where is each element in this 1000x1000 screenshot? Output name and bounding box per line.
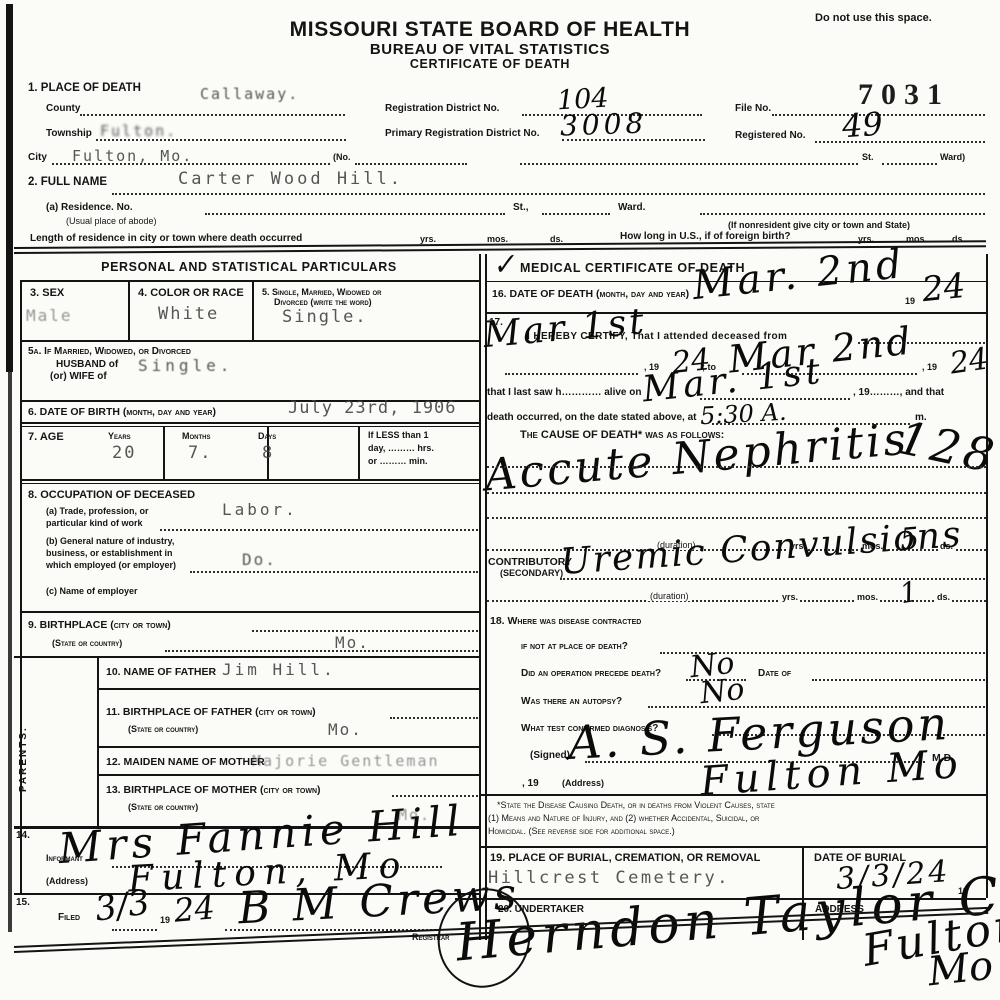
residence-label: (a) Residence. No. bbox=[46, 202, 133, 213]
ward-line bbox=[882, 163, 937, 165]
marital-label-line1: 5. Single, Married, Widowed or bbox=[262, 287, 382, 297]
personal-title-rule bbox=[20, 280, 479, 282]
scan-edge-bar-lower bbox=[8, 372, 12, 932]
date-of-death-label: 16. DATE OF DEATH (month, day and year) bbox=[492, 288, 689, 300]
dob-label: 6. DATE OF BIRTH (month, day and year) bbox=[28, 406, 216, 418]
dateof-line bbox=[812, 679, 985, 681]
operation-label: Did an operation precede death? bbox=[521, 668, 661, 679]
dateof-label: Date of bbox=[758, 668, 791, 679]
full-name-line bbox=[112, 193, 985, 195]
filed-date-value: 3/3 bbox=[92, 882, 152, 929]
age-months-value: 7. bbox=[188, 443, 212, 463]
row7-rule-b bbox=[20, 483, 479, 484]
item14-number: 14. bbox=[16, 830, 30, 841]
township-value: Fulton. bbox=[100, 122, 177, 140]
mother-name-value: Majorie Gentleman bbox=[252, 752, 440, 770]
filed-19: 19 bbox=[160, 915, 170, 925]
row9-rule bbox=[14, 656, 479, 658]
age-less-line3: or ……… min. bbox=[368, 456, 428, 466]
howlong-ds: ds. bbox=[952, 234, 965, 244]
certificate-title: CERTIFICATE OF DEATH bbox=[270, 57, 710, 71]
nonresident-line bbox=[700, 213, 985, 215]
lastsaw-tail: , 19………, and that bbox=[853, 387, 944, 398]
row7-rule-a bbox=[20, 479, 479, 481]
registered-no-label: Registered No. bbox=[735, 130, 806, 141]
age-less-line1: If LESS than 1 bbox=[368, 430, 429, 440]
file-no-label: File No. bbox=[735, 103, 771, 114]
certify-from-line bbox=[505, 373, 638, 375]
secondary-label: (SECONDARY) bbox=[500, 568, 563, 578]
column-divider-1 bbox=[479, 254, 481, 940]
township-line bbox=[96, 139, 346, 141]
row6-rule-a bbox=[20, 422, 479, 424]
signed-19: , 19 bbox=[522, 778, 539, 789]
contributory-value: Uremic Convulsions bbox=[559, 514, 964, 583]
burial-top-rule bbox=[481, 846, 986, 848]
primary-district-line bbox=[562, 139, 705, 141]
residence-ward-label: Ward. bbox=[618, 202, 645, 213]
item15-number: 15. bbox=[16, 897, 30, 908]
contributory-duration-mos: mos. bbox=[855, 592, 880, 602]
no-line bbox=[355, 163, 467, 165]
filed-year-value: 24 bbox=[172, 888, 216, 929]
nonresident-note: (If nonresident give city or town and St… bbox=[728, 220, 910, 230]
physician-address-label: (Address) bbox=[562, 778, 604, 788]
birthplace-line bbox=[252, 630, 478, 632]
father-name-value: Jim Hill. bbox=[222, 660, 336, 679]
marital-label-line2: Divorced (write the word) bbox=[274, 297, 372, 307]
length-residence-label: Length of residence in city or town wher… bbox=[30, 233, 302, 244]
parents-side-label: PARENTS. bbox=[18, 726, 29, 792]
city-label: City bbox=[28, 152, 47, 163]
occupation-label: 8. OCCUPATION OF DECEASED bbox=[28, 489, 195, 501]
no-paren-label: (No. bbox=[333, 152, 351, 162]
footnote-line1: *State the Disease Causing Death, or in … bbox=[497, 800, 775, 810]
contributory-duration-label: (duration) bbox=[648, 591, 691, 601]
howlong-label: How long in U.S., if of foreign birth? bbox=[620, 231, 791, 242]
date-of-death-value: Mar. 2nd bbox=[690, 241, 907, 309]
date-of-death-19: 19 bbox=[905, 296, 915, 306]
county-value: Callaway. bbox=[200, 85, 299, 103]
column-divider-2 bbox=[485, 254, 487, 940]
undertaker-address-value-2: Mo bbox=[926, 943, 995, 996]
registered-no-line bbox=[815, 141, 985, 143]
street-line bbox=[520, 163, 858, 165]
primary-district-value: 3008 bbox=[559, 106, 647, 142]
attended-check-mark: ✓ bbox=[490, 247, 518, 283]
father-birthplace-state-label: (State or country) bbox=[128, 724, 198, 734]
date-of-death-year: 24 bbox=[920, 266, 967, 310]
do-not-use-note: Do not use this space. bbox=[815, 12, 932, 24]
death-certificate-scan: MISSOURI STATE BOARD OF HEALTH BUREAU OF… bbox=[0, 0, 1000, 1000]
occupation-b-value: Do. bbox=[242, 550, 277, 569]
occupation-b-line3: which employed (or employer) bbox=[46, 560, 176, 570]
occupation-a-value: Labor. bbox=[222, 500, 298, 519]
contributory-duration-ds: ds. bbox=[935, 592, 952, 602]
sex-label: 3. SEX bbox=[30, 287, 64, 299]
occupation-a-line bbox=[160, 529, 478, 531]
contributory-duration-days-value: 1 bbox=[897, 575, 920, 611]
row12-rule bbox=[97, 774, 479, 776]
race-label: 4. COLOR OR RACE bbox=[138, 287, 244, 299]
primary-district-label: Primary Registration District No. bbox=[385, 128, 539, 139]
age-less-line2: day, ……… hrs. bbox=[368, 443, 434, 453]
row11-rule bbox=[97, 746, 479, 748]
burial-label: 19. PLACE OF BURIAL, CREMATION, OR REMOV… bbox=[490, 852, 760, 864]
burial-place-value: Hillcrest Cemetery. bbox=[488, 868, 730, 888]
occupation-b-line bbox=[190, 571, 478, 573]
footnote-line3: Homicidal. (See reverse side for additio… bbox=[488, 826, 675, 836]
abode-note: (Usual place of abode) bbox=[66, 216, 157, 226]
dob-value: July 23rd, 1906 bbox=[288, 398, 457, 418]
place-of-death-label: 1. PLACE OF DEATH bbox=[28, 82, 141, 94]
city-line bbox=[52, 163, 330, 165]
footnote-line2: (1) Means and Nature of Injury, and (2) … bbox=[488, 813, 759, 823]
county-label: County bbox=[46, 103, 80, 114]
father-birthplace-label: 11. BIRTHPLACE OF FATHER (city or town) bbox=[106, 706, 316, 718]
age-days-value: 8 bbox=[262, 443, 274, 463]
mother-birthplace-label: 13. BIRTHPLACE OF MOTHER (city or town) bbox=[106, 784, 321, 796]
birthplace-label: 9. BIRTHPLACE (city or town) bbox=[28, 619, 171, 631]
birthplace-state-line bbox=[165, 650, 478, 652]
birthplace-state-label: (State or country) bbox=[52, 638, 122, 648]
certify-to-year: 24 bbox=[948, 342, 991, 382]
age-years-header: Years bbox=[108, 431, 131, 441]
cause-of-death-value: Accute Nephritis bbox=[483, 414, 911, 502]
age-divider-1 bbox=[163, 427, 165, 479]
row8-rule bbox=[20, 611, 479, 613]
race-value: White bbox=[158, 304, 219, 324]
certify-to-19: , 19 bbox=[922, 362, 937, 372]
residence-no-line bbox=[205, 213, 505, 215]
sex-value: Male bbox=[26, 306, 73, 325]
ward-label: Ward) bbox=[940, 152, 965, 162]
occupation-b-line1: (b) General nature of industry, bbox=[46, 536, 174, 546]
spouse-value: Single. bbox=[138, 356, 233, 375]
filed-label: Filed bbox=[58, 912, 80, 923]
length-mos: mos. bbox=[487, 234, 508, 244]
lastsaw-statement: that I last saw h………… alive on bbox=[487, 387, 641, 398]
ifnot-label: if not at place of death? bbox=[521, 641, 628, 652]
spouse-wife-label: (or) WIFE of bbox=[50, 371, 107, 382]
father-birthplace-line bbox=[390, 717, 478, 719]
personal-section-title: PERSONAL AND STATISTICAL PARTICULARS bbox=[20, 260, 478, 274]
full-name-value: Carter Wood Hill. bbox=[178, 169, 403, 189]
township-label: Township bbox=[46, 128, 92, 139]
length-yrs: yrs. bbox=[420, 234, 436, 244]
contributory-duration-yrs: yrs. bbox=[780, 592, 800, 602]
marital-value: Single. bbox=[282, 307, 368, 327]
county-line bbox=[80, 114, 345, 116]
occurred-statement: death occurred, on the date stated above… bbox=[487, 412, 697, 423]
mother-name-label: 12. MAIDEN NAME OF MOTHER bbox=[106, 756, 265, 768]
contributory-line bbox=[560, 578, 985, 580]
cause-line-1 bbox=[487, 466, 986, 468]
residence-st-line bbox=[542, 213, 610, 215]
age-years-value: 20 bbox=[112, 443, 136, 463]
occupation-c-label: (c) Name of employer bbox=[46, 586, 138, 596]
left-edge-line bbox=[20, 280, 22, 894]
residence-st-label: St., bbox=[513, 202, 529, 213]
filed-line-1 bbox=[112, 929, 157, 931]
board-title: MISSOURI STATE BOARD OF HEALTH bbox=[270, 18, 710, 42]
parents-inner-line bbox=[97, 656, 99, 826]
st-label: St. bbox=[862, 152, 874, 162]
father-birthplace-value: Mo. bbox=[328, 720, 363, 739]
cell-divider-race-marital bbox=[252, 281, 254, 340]
cause-line-2 bbox=[487, 492, 986, 494]
footnote-top-rule bbox=[481, 794, 986, 796]
bureau-title: BUREAU OF VITAL STATISTICS bbox=[270, 41, 710, 58]
occupation-a-line1: (a) Trade, profession, or bbox=[46, 506, 149, 516]
occupation-b-line2: business, or establishment in bbox=[46, 548, 173, 558]
age-divider-3 bbox=[358, 427, 360, 479]
autopsy-label: Was there an autopsy? bbox=[521, 696, 622, 707]
row3-rule bbox=[20, 340, 479, 342]
mother-birthplace-state-label: (State or country) bbox=[128, 802, 198, 812]
registration-district-label: Registration District No. bbox=[385, 103, 499, 114]
age-label: 7. AGE bbox=[28, 431, 64, 443]
registered-no-value: 49 bbox=[841, 105, 884, 146]
scan-edge-bar bbox=[6, 4, 13, 372]
signed-label: (Signed) bbox=[530, 750, 570, 761]
cell-divider-sex-race bbox=[128, 281, 130, 340]
mother-birthplace-line bbox=[392, 795, 478, 797]
full-name-label: 2. FULL NAME bbox=[28, 176, 107, 188]
certify-from-value: Mar 1st bbox=[482, 301, 649, 356]
row6-rule-b bbox=[20, 426, 479, 427]
spouse-husband-label: HUSBAND of bbox=[56, 359, 118, 370]
father-name-label: 10. NAME OF FATHER bbox=[106, 666, 216, 678]
row10-rule bbox=[97, 688, 479, 690]
cause-code-value: 128 bbox=[893, 410, 1000, 484]
occupation-a-line2: particular kind of work bbox=[46, 518, 143, 528]
item18-label: 18. Where was disease contracted bbox=[490, 615, 641, 627]
informant-address-label: (Address) bbox=[46, 876, 88, 886]
age-months-header: Months bbox=[182, 431, 211, 441]
